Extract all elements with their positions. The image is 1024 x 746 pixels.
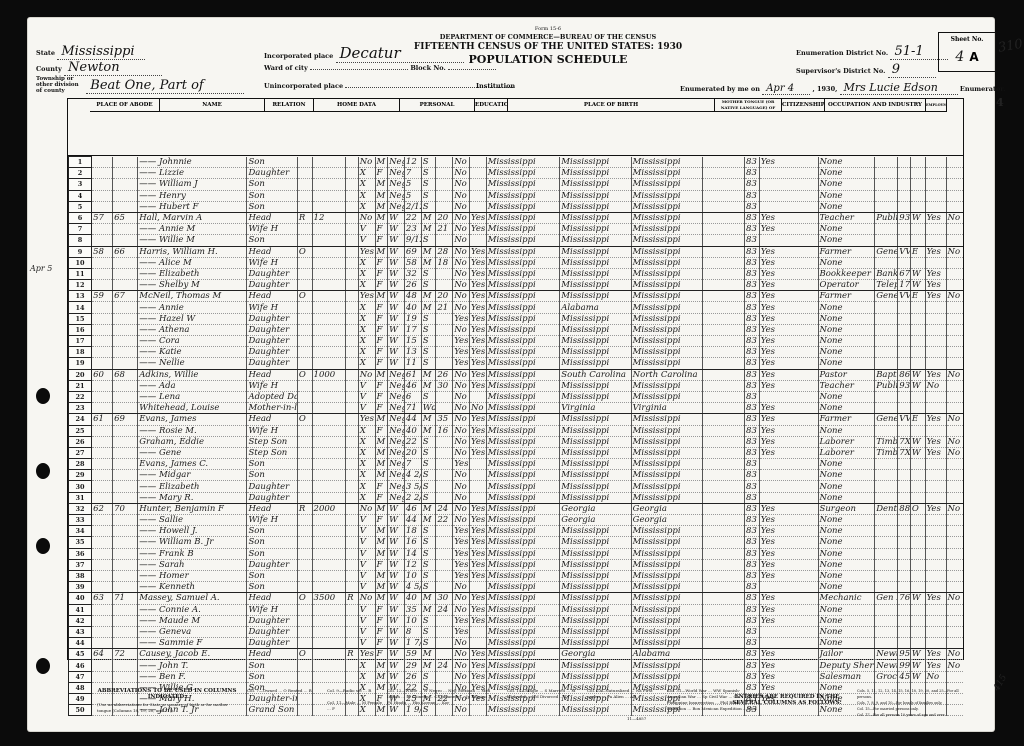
at-work xyxy=(925,157,946,168)
race: W xyxy=(388,671,405,682)
industry xyxy=(875,179,898,190)
veteran xyxy=(946,425,963,436)
at-work: Yes xyxy=(925,212,946,223)
occupation: None xyxy=(818,168,875,179)
table-row: 37—— SarahDaughterVFW12SYesYesMississipp… xyxy=(69,559,964,570)
farm: No xyxy=(358,593,375,604)
radio-set xyxy=(346,268,359,279)
mother-tongue xyxy=(703,503,745,514)
occupation-code xyxy=(898,336,911,347)
speaks-english xyxy=(759,459,818,470)
farm: V xyxy=(358,615,375,626)
incorporated-label: Incorporated place xyxy=(264,52,333,60)
class-of-worker xyxy=(910,201,925,212)
age: 4 2/12 xyxy=(404,470,421,481)
birthplace-code: 83 xyxy=(745,470,760,481)
speaks-english xyxy=(759,235,818,246)
race: W xyxy=(388,291,405,302)
radio-set xyxy=(346,179,359,190)
veteran xyxy=(946,604,963,615)
dwelling-number xyxy=(92,190,113,201)
birthplace: Mississippi xyxy=(486,336,559,347)
dwelling-number: 64 xyxy=(92,649,113,660)
department-title: DEPARTMENT OF COMMERCE—BUREAU OF THE CEN… xyxy=(368,33,728,41)
sex: M xyxy=(375,212,388,223)
person-name: —— William B. Jr xyxy=(138,537,247,548)
entries-title: ENTRIES ARE REQUIRED IN THE SEVERAL COLU… xyxy=(727,694,847,706)
person-name: —— Willie M xyxy=(138,235,247,246)
race: W xyxy=(388,257,405,268)
home-value xyxy=(312,638,346,649)
mother-tongue xyxy=(703,358,745,369)
occupation-code: VVVV xyxy=(898,291,911,302)
table-row: 47—— Ben F.SonXMW26SNoYesMississippiMiss… xyxy=(69,671,964,682)
father-birthplace: Mississippi xyxy=(560,492,631,503)
line-number: 20 xyxy=(69,369,92,380)
class-of-worker xyxy=(910,492,925,503)
line-number: 9 xyxy=(69,246,92,257)
sex: F xyxy=(375,380,388,391)
enumerated-label: Enumerated by me on xyxy=(680,85,760,93)
birthplace-code: 83 xyxy=(745,615,760,626)
entries-list: Cols. 5, 11, 12, 13, 14, 15, 16, 18, 19,… xyxy=(857,688,967,718)
home-value xyxy=(312,436,346,447)
school-attendance: No xyxy=(453,492,470,503)
birthplace-code: 83 xyxy=(745,201,760,212)
family-number xyxy=(113,257,138,268)
column-header-row: PLACE OF ABODE NAME RELATION HOME DATA P… xyxy=(68,99,963,156)
race: W xyxy=(388,626,405,637)
veteran xyxy=(946,157,963,168)
veteran xyxy=(946,615,963,626)
age-at-marriage: 28 xyxy=(436,246,453,257)
sex: M xyxy=(375,671,388,682)
mother-birthplace: Mississippi xyxy=(631,257,702,268)
age-at-marriage xyxy=(436,168,453,179)
age-at-marriage xyxy=(436,582,453,593)
birthplace: Mississippi xyxy=(486,626,559,637)
industry xyxy=(875,470,898,481)
table-row: 326270Hunter, Benjamin FHeadR2000NoMW46M… xyxy=(69,503,964,514)
relation: Son xyxy=(247,526,297,537)
mother-birthplace: Mississippi xyxy=(631,638,702,649)
birthplace: Mississippi xyxy=(486,582,559,593)
marital-status: Wd xyxy=(421,403,436,414)
marital-status: S xyxy=(421,671,436,682)
can-read-write: Yes xyxy=(469,660,486,671)
birthplace: Mississippi xyxy=(486,280,559,291)
at-work xyxy=(925,515,946,526)
sex: F xyxy=(375,168,388,179)
veteran: No xyxy=(946,447,963,458)
occupation-code xyxy=(898,492,911,503)
dwelling-number xyxy=(92,570,113,581)
relation: Son xyxy=(247,570,297,581)
can-read-write: Yes xyxy=(469,593,486,604)
home-tenure: R xyxy=(297,503,312,514)
age: 71 xyxy=(404,403,421,414)
father-birthplace: Georgia xyxy=(560,515,631,526)
birthplace: Mississippi xyxy=(486,638,559,649)
home-value xyxy=(312,559,346,570)
birthplace-code: 83 xyxy=(745,369,760,380)
can-read-write: Yes xyxy=(469,649,486,660)
home-value xyxy=(312,425,346,436)
industry xyxy=(875,302,898,313)
person-name: —— Gene xyxy=(138,447,247,458)
sex: M xyxy=(375,201,388,212)
birthplace: Mississippi xyxy=(486,515,559,526)
speaks-english: Yes xyxy=(759,268,818,279)
school-attendance: Yes xyxy=(453,626,470,637)
age-at-marriage xyxy=(436,671,453,682)
relation: Wife H xyxy=(247,224,297,235)
school-attendance: No xyxy=(453,224,470,235)
home-value xyxy=(312,582,346,593)
ward-value xyxy=(310,69,408,70)
birthplace: Mississippi xyxy=(486,324,559,335)
race: W xyxy=(388,559,405,570)
table-row: 11—— ElizabethDaughterXFW32SNoYesMississ… xyxy=(69,268,964,279)
speaks-english: Yes xyxy=(759,280,818,291)
industry: General Farm xyxy=(875,414,898,425)
home-value xyxy=(312,235,346,246)
person-name: —— Annie M xyxy=(138,224,247,235)
supervisor-district-field: Supervisor's District No. 9 xyxy=(796,62,936,78)
line-number: 33 xyxy=(69,515,92,526)
age: 44 xyxy=(404,414,421,425)
line-number: 39 xyxy=(69,582,92,593)
age-at-marriage xyxy=(436,638,453,649)
dwelling-number xyxy=(92,515,113,526)
race: W xyxy=(388,313,405,324)
can-read-write: No xyxy=(469,403,486,414)
occupation: Bookkeeper xyxy=(818,268,875,279)
occupation: None xyxy=(818,470,875,481)
age: 44 xyxy=(404,515,421,526)
home-tenure xyxy=(297,615,312,626)
farm: V xyxy=(358,638,375,649)
veteran xyxy=(946,526,963,537)
sex: F xyxy=(375,649,388,660)
person-name: —— Mary R. xyxy=(138,492,247,503)
class-of-worker xyxy=(910,548,925,559)
family-number: 70 xyxy=(113,503,138,514)
speaks-english xyxy=(759,582,818,593)
veteran xyxy=(946,515,963,526)
can-read-write: Yes xyxy=(469,671,486,682)
mother-birthplace: Mississippi xyxy=(631,179,702,190)
relation: Daughter xyxy=(247,626,297,637)
farm: Yes xyxy=(358,246,375,257)
dwelling-number xyxy=(92,626,113,637)
can-read-write: Yes xyxy=(469,246,486,257)
farm: V xyxy=(358,224,375,235)
radio-set xyxy=(346,459,359,470)
occupation: Salesman xyxy=(818,671,875,682)
speaks-english: Yes xyxy=(759,559,818,570)
family-number xyxy=(113,268,138,279)
mother-birthplace: Mississippi xyxy=(631,470,702,481)
veteran: No xyxy=(946,660,963,671)
farm: X xyxy=(358,347,375,358)
occupation: Farmer xyxy=(818,246,875,257)
school-attendance: No xyxy=(453,291,470,302)
line-number: 16 xyxy=(69,324,92,335)
farm: V xyxy=(358,380,375,391)
group-home-data: HOME DATA xyxy=(314,99,400,112)
industry xyxy=(875,526,898,537)
father-birthplace: Mississippi xyxy=(560,425,631,436)
age: 10 xyxy=(404,570,421,581)
relation: Step Son xyxy=(247,436,297,447)
birthplace-code: 83 xyxy=(745,526,760,537)
relation: Step Son xyxy=(247,447,297,458)
radio-set xyxy=(346,447,359,458)
age: 16 xyxy=(404,537,421,548)
veteran xyxy=(946,671,963,682)
age-at-marriage: 24 xyxy=(436,503,453,514)
occupation: Teacher xyxy=(818,212,875,223)
birthplace-code: 83 xyxy=(745,403,760,414)
race: W xyxy=(388,582,405,593)
age: 59 xyxy=(404,649,421,660)
industry: Telephone xyxy=(875,280,898,291)
dwelling-number: 58 xyxy=(92,246,113,257)
speaks-english: Yes xyxy=(759,246,818,257)
marital-status: S xyxy=(421,190,436,201)
farm: X xyxy=(358,459,375,470)
school-attendance: No xyxy=(453,179,470,190)
at-work xyxy=(925,582,946,593)
can-read-write xyxy=(469,481,486,492)
birthplace-code: 83 xyxy=(745,515,760,526)
industry xyxy=(875,459,898,470)
family-number xyxy=(113,313,138,324)
home-value xyxy=(312,302,346,313)
class-of-worker: E xyxy=(910,291,925,302)
relation: Daughter xyxy=(247,481,297,492)
age: 15 xyxy=(404,336,421,347)
age: 35 xyxy=(404,604,421,615)
marital-status: S xyxy=(421,492,436,503)
industry: General Farm xyxy=(875,291,898,302)
can-read-write: Yes xyxy=(469,515,486,526)
father-birthplace: Mississippi xyxy=(560,347,631,358)
age-at-marriage: 21 xyxy=(436,224,453,235)
race: Neg xyxy=(388,380,405,391)
table-row: 19—— NellieDaughterXFW11SYesYesMississip… xyxy=(69,358,964,369)
home-value: 1000 xyxy=(312,369,346,380)
mother-tongue xyxy=(703,582,745,593)
family-number xyxy=(113,604,138,615)
industry xyxy=(875,391,898,402)
age: 40 xyxy=(404,425,421,436)
speaks-english: Yes xyxy=(759,660,818,671)
speaks-english: Yes xyxy=(759,302,818,313)
veteran xyxy=(946,324,963,335)
line-number: 24 xyxy=(69,414,92,425)
group-citizenship: CITIZENSHIP, ETC. xyxy=(782,99,825,112)
occupation-code xyxy=(898,481,911,492)
sheet-label: Sheet No. xyxy=(939,36,995,43)
farm: X xyxy=(358,481,375,492)
sex: M xyxy=(375,414,388,425)
sex: M xyxy=(375,548,388,559)
farm: X xyxy=(358,313,375,324)
veteran xyxy=(946,638,963,649)
class-of-worker xyxy=(910,470,925,481)
class-of-worker: W xyxy=(910,671,925,682)
table-row: 135967McNeil, Thomas MHeadOYesMW48M20NoY… xyxy=(69,291,964,302)
dwelling-number xyxy=(92,157,113,168)
class-of-worker: O xyxy=(910,503,925,514)
home-value xyxy=(312,671,346,682)
person-name: —— Connie A. xyxy=(138,604,247,615)
father-birthplace: Mississippi xyxy=(560,201,631,212)
dwelling-number xyxy=(92,436,113,447)
veteran xyxy=(946,380,963,391)
speaks-english: Yes xyxy=(759,526,818,537)
occupation: None xyxy=(818,559,875,570)
census-sheet: State Mississippi County Newton Township… xyxy=(28,18,994,731)
home-tenure xyxy=(297,268,312,279)
relation: Wife H xyxy=(247,380,297,391)
father-birthplace: Mississippi xyxy=(560,235,631,246)
relation: Head xyxy=(247,593,297,604)
table-row: 34—— Howell J.SonVMW18SYesYesMississippi… xyxy=(69,526,964,537)
table-row: 206068Adkins, WillieHeadO1000NoMNeg61M26… xyxy=(69,369,964,380)
occupation: None xyxy=(818,257,875,268)
binding-hole xyxy=(36,463,50,479)
dwelling-number xyxy=(92,313,113,324)
veteran xyxy=(946,235,963,246)
sex: F xyxy=(375,425,388,436)
age: 2 2/12 xyxy=(404,492,421,503)
age-at-marriage xyxy=(436,313,453,324)
birthplace: Mississippi xyxy=(486,503,559,514)
birthplace-code: 83 xyxy=(745,157,760,168)
relation: Son xyxy=(247,582,297,593)
age-at-marriage xyxy=(436,268,453,279)
birthplace: Mississippi xyxy=(486,447,559,458)
table-row: 14—— AnnieWife HXFW40M21NoYesMississippi… xyxy=(69,302,964,313)
birthplace: Mississippi xyxy=(486,313,559,324)
table-row: 406371Massey, Samuel A.HeadO3500RNoMW40M… xyxy=(69,593,964,604)
home-tenure xyxy=(297,570,312,581)
birthplace: Mississippi xyxy=(486,425,559,436)
radio-set xyxy=(346,515,359,526)
speaks-english: Yes xyxy=(759,537,818,548)
at-work xyxy=(925,548,946,559)
speaks-english: Yes xyxy=(759,257,818,268)
at-work xyxy=(925,570,946,581)
group-relation: RELATION xyxy=(265,99,314,112)
occupation-code xyxy=(898,179,911,190)
mother-birthplace: Georgia xyxy=(631,515,702,526)
age-at-marriage xyxy=(436,347,453,358)
farm: X xyxy=(358,190,375,201)
farm: V xyxy=(358,548,375,559)
occupation: Jailor xyxy=(818,649,875,660)
veteran xyxy=(946,391,963,402)
mother-tongue xyxy=(703,391,745,402)
at-work xyxy=(925,425,946,436)
family-number: 66 xyxy=(113,246,138,257)
home-value xyxy=(312,179,346,190)
person-name: Graham, Eddie xyxy=(138,436,247,447)
family-number xyxy=(113,235,138,246)
sex: F xyxy=(375,324,388,335)
industry: Grocer St Co xyxy=(875,671,898,682)
industry xyxy=(875,313,898,324)
race: Neg xyxy=(388,168,405,179)
occupation-code: 4562 xyxy=(898,671,911,682)
mother-tongue xyxy=(703,626,745,637)
mother-tongue xyxy=(703,168,745,179)
occupation-code xyxy=(898,313,911,324)
home-value: 12 xyxy=(312,212,346,223)
can-read-write xyxy=(469,626,486,637)
relation: Son xyxy=(247,190,297,201)
home-tenure xyxy=(297,302,312,313)
occupation-code: 1779 xyxy=(898,280,911,291)
radio-set xyxy=(346,470,359,481)
school-attendance: Yes xyxy=(453,570,470,581)
sex: M xyxy=(375,582,388,593)
occupation: None xyxy=(818,336,875,347)
occupation: None xyxy=(818,570,875,581)
home-tenure xyxy=(297,313,312,324)
relation: Head xyxy=(247,246,297,257)
birthplace-code: 83 xyxy=(745,179,760,190)
family-number xyxy=(113,425,138,436)
age: 4 5/12 xyxy=(404,582,421,593)
relation: Head xyxy=(247,414,297,425)
mother-birthplace: Mississippi xyxy=(631,246,702,257)
table-row: 39—— KennethSonVMW4 5/12SNoMississippiMi… xyxy=(69,582,964,593)
race: Neg xyxy=(388,481,405,492)
age-at-marriage: 24 xyxy=(436,660,453,671)
school-attendance: No xyxy=(453,436,470,447)
father-birthplace: South Carolina xyxy=(560,369,631,380)
occupation-code xyxy=(898,403,911,414)
table-row: 41—— Connie A.Wife HVFW35M24NoYesMississ… xyxy=(69,604,964,615)
table-row: 7—— Annie MWife HVFW23M21NoYesMississipp… xyxy=(69,224,964,235)
class-of-worker xyxy=(910,638,925,649)
family-number xyxy=(113,157,138,168)
person-name: —— Annie xyxy=(138,302,247,313)
speaks-english: Yes xyxy=(759,436,818,447)
father-birthplace: Mississippi xyxy=(560,559,631,570)
radio-set xyxy=(346,604,359,615)
table-row: 8—— Willie MSonVFW9/12SNoMississippiMiss… xyxy=(69,235,964,246)
can-read-write: Yes xyxy=(469,313,486,324)
birthplace: Mississippi xyxy=(486,235,559,246)
school-attendance: No xyxy=(453,212,470,223)
industry xyxy=(875,570,898,581)
can-read-write: Yes xyxy=(469,559,486,570)
line-number: 14 xyxy=(69,302,92,313)
race: W xyxy=(388,235,405,246)
table-row: 43—— GenevaDaughterVFW8SYesMississippiMi… xyxy=(69,626,964,637)
person-name: McNeil, Thomas M xyxy=(138,291,247,302)
table-row: 2—— LizzieDaughterXFNeg7SNoMississippiMi… xyxy=(69,168,964,179)
class-of-worker xyxy=(910,459,925,470)
can-read-write: Yes xyxy=(469,604,486,615)
mother-birthplace: Mississippi xyxy=(631,168,702,179)
dwelling-number xyxy=(92,582,113,593)
